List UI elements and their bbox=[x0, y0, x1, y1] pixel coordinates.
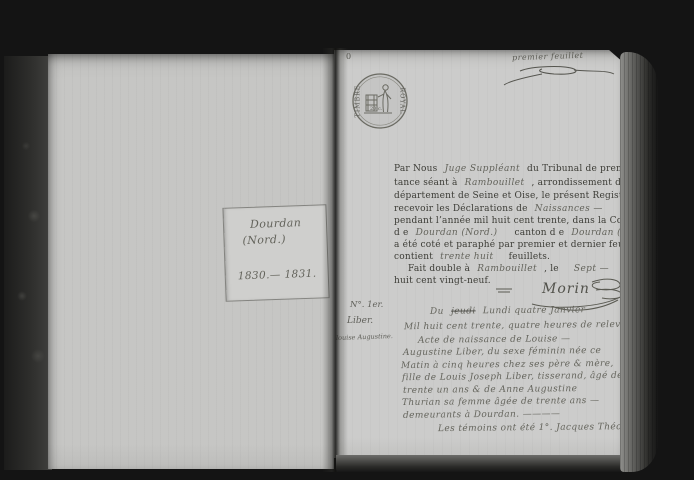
spine-gutter-shadow bbox=[322, 48, 348, 472]
print-text: feuillets. bbox=[509, 252, 551, 262]
handwritten-fill: Dourdan (Nord.) bbox=[416, 228, 498, 238]
judge-signature: Morin bbox=[541, 281, 590, 297]
handwritten-text: Du bbox=[430, 307, 444, 317]
preamble-line-1: Par Nous Juge Suppléant du Tribunal de p… bbox=[394, 164, 632, 174]
stamp-right-arc-text: ROYAL bbox=[399, 88, 406, 115]
right-page: 0 premier feuillet 20 c. TIMBRE ROYAL Pa… bbox=[334, 50, 624, 458]
act-opening-line: Du jeudi Lundi quatre Janvier bbox=[430, 305, 589, 317]
paraph-flourish-icon bbox=[502, 62, 622, 88]
struck-word: jeudi bbox=[451, 306, 476, 316]
print-text: canton d e bbox=[514, 228, 564, 238]
print-text: tance séant à bbox=[394, 178, 458, 188]
register-photograph: Dourdan (Nord.) 1830.— 1831. 0 premier f… bbox=[0, 0, 694, 480]
print-text: recevoir les Déclarations de bbox=[394, 204, 528, 214]
preamble-line-3: département de Seine et Oise, le présent… bbox=[394, 191, 632, 201]
stamp-denomination: 20 c. bbox=[370, 106, 383, 112]
act-number: N°. 1er. bbox=[350, 300, 383, 310]
handwritten-fill: Rambouillet bbox=[477, 264, 537, 274]
handwritten-text: Lundi quatre Janvier bbox=[483, 305, 586, 316]
print-text: Par Nous bbox=[394, 164, 438, 174]
print-text: pendant l’année mil huit cent trente, da… bbox=[394, 216, 657, 226]
handwritten-fill: trente huit bbox=[440, 252, 493, 262]
act-line: Les témoins ont été 1°. Jacques Théodore bbox=[438, 422, 644, 434]
left-page: Dourdan (Nord.) 1830.— 1831. bbox=[48, 54, 334, 469]
label-commune-line2: (Nord.) bbox=[242, 233, 286, 248]
margin-surname: Liber. bbox=[347, 316, 373, 326]
fore-edge-leaves bbox=[620, 52, 658, 472]
print-text: Fait double à bbox=[408, 264, 470, 274]
page-bottom-edge bbox=[336, 455, 638, 472]
act-line: Matin à cinq heures chez ses père & mère… bbox=[401, 359, 614, 371]
handwritten-fill: Juge Suppléant bbox=[445, 164, 520, 174]
preamble-line-7: a été coté et paraphé par premier et der… bbox=[394, 240, 632, 250]
act-line: fille de Louis Joseph Liber, tisserand, … bbox=[402, 371, 623, 383]
print-text: a été coté et paraphé par premier et der… bbox=[394, 240, 655, 250]
act-line: Thurian sa femme âgée de trente ans — bbox=[402, 396, 600, 408]
print-text: huit cent vingt-neuf. bbox=[394, 276, 491, 286]
print-text: , le bbox=[544, 264, 559, 274]
act-line: Augustine Liber, du sexe féminin née ce bbox=[403, 346, 601, 358]
timbre-royal-stamp: 20 c. TIMBRE ROYAL bbox=[350, 71, 410, 131]
preamble-line-5: pendant l’année mil huit cent trente, da… bbox=[394, 216, 632, 226]
stamp-left-arc-text: TIMBRE bbox=[355, 85, 362, 118]
premier-feuillet-note: premier feuillet bbox=[512, 51, 584, 62]
print-text: , arrondissement de bbox=[532, 178, 627, 188]
preamble-line-8: contient trente huit feuillets. bbox=[394, 252, 632, 262]
handwritten-fill: Rambouillet bbox=[465, 178, 525, 188]
preamble-line-4: recevoir les Déclarations de Naissances … bbox=[394, 204, 632, 214]
print-text: contient bbox=[394, 252, 433, 262]
act-line: Mil huit cent trente, quatre heures de r… bbox=[404, 320, 632, 332]
preamble-line-2: tance séant à Rambouillet , arrondisseme… bbox=[394, 178, 632, 188]
print-text: d e bbox=[394, 228, 409, 238]
act-line: trente un ans & de Anne Augustine bbox=[403, 384, 577, 396]
handwritten-fill: Sept — bbox=[574, 264, 609, 274]
book-cover-edge bbox=[4, 56, 52, 470]
handwritten-fill: Naissances — bbox=[535, 204, 603, 214]
label-years: 1830.— 1831. bbox=[238, 268, 317, 283]
archive-label: Dourdan (Nord.) 1830.— 1831. bbox=[222, 204, 329, 302]
label-commune-line1: Dourdan bbox=[250, 216, 302, 231]
act-line: demeurants à Dourdan. ———— bbox=[403, 409, 560, 421]
preamble-line-6: d e Dourdan (Nord.) canton d e Dourdan (… bbox=[394, 228, 632, 238]
act-line: Acte de naissance de Louise — bbox=[418, 334, 570, 346]
preamble-line-9: Fait double à Rambouillet , le Sept — Dé… bbox=[408, 264, 646, 274]
